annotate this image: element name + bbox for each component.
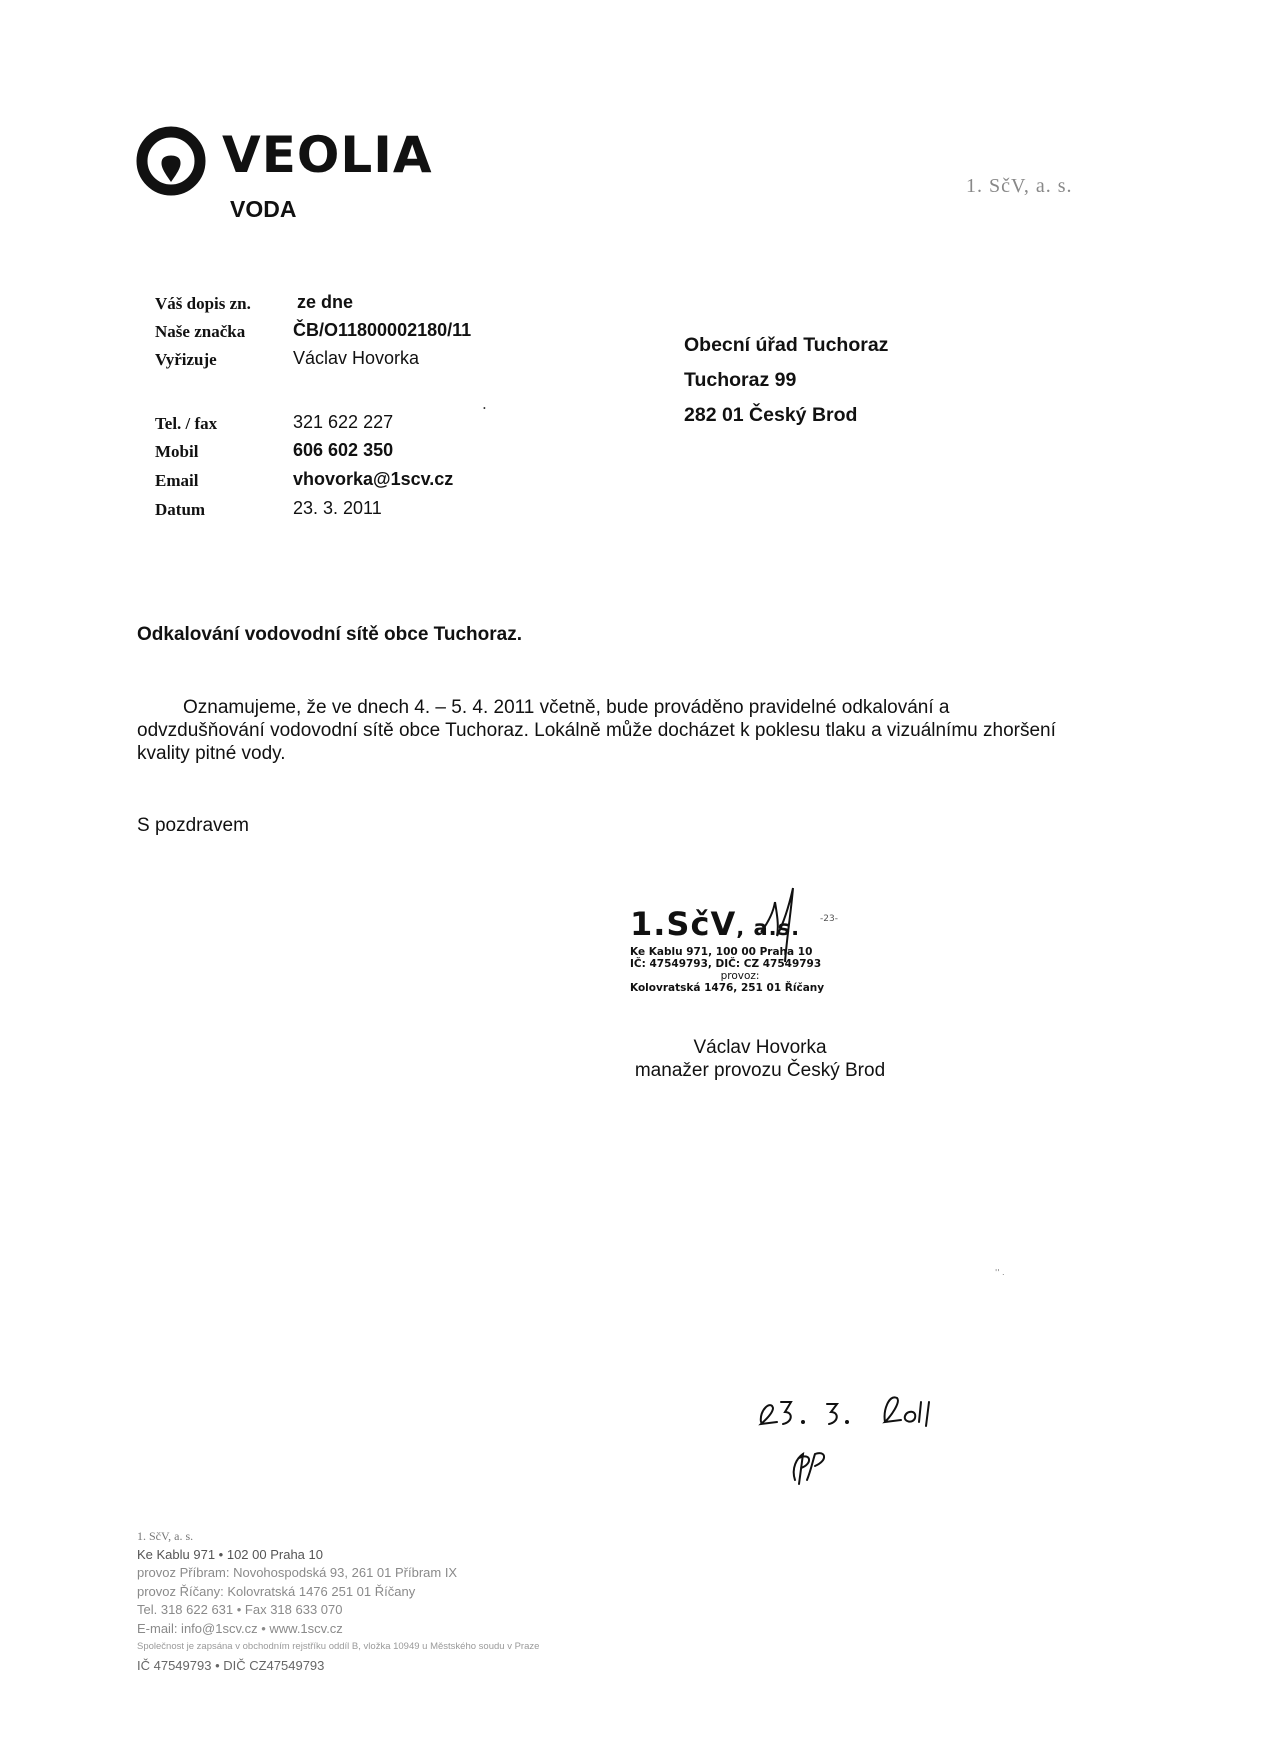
stamp-ids: IČ: 47549793, DIČ: CZ 47549793 [630,958,870,970]
ref-value: Václav Hovorka [293,348,419,369]
footer-ids: IČ 47549793 • DIČ CZ47549793 [137,1657,539,1676]
stamp-title: 1.SčV, a.s. [630,908,870,940]
stamp-provoz-label: provoz: [630,970,850,982]
veolia-logo: VEOLIA VODA [136,126,456,226]
email-link[interactable]: vhovorka@1scv.cz [293,469,453,490]
recipient-street: Tuchoraz 99 [684,363,888,398]
ref-value: 321 622 227 [293,412,393,433]
ref-label: Datum [155,500,205,520]
letter-page: VEOLIA VODA 1. SčV, a. s. Váš dopis zn. … [0,0,1275,1755]
logo-subtitle: VODA [230,198,296,221]
signer-name: Václav Hovorka [610,1036,910,1059]
ref-label: Vyřizuje [155,350,217,370]
footer-tel-fax: Tel. 318 622 631 • Fax 318 633 070 [137,1601,539,1620]
company-short-name: 1. SčV, a. s. [966,175,1073,198]
ref-label: Mobil [155,442,198,462]
ref-label: Tel. / fax [155,414,217,434]
footer-provoz-ricany: provoz Říčany: Kolovratská 1476 251 01 Ř… [137,1583,539,1602]
letter-closing: S pozdravem [137,815,249,837]
signer-block: Václav Hovorka manažer provozu Český Bro… [610,1036,910,1082]
handwritten-date-initials [755,1380,955,1490]
stamp-mark: -23- [820,914,838,924]
recipient-name: Obecní úřad Tuchoraz [684,328,888,363]
footer-email-web[interactable]: E-mail: info@1scv.cz • www.1scv.cz [137,1620,539,1639]
letter-subject: Odkalování vodovodní sítě obce Tuchoraz. [137,624,522,646]
letter-paragraph: Oznamujeme, že ve dnech 4. – 5. 4. 2011 … [137,696,1077,765]
stamp-address: Ke Kablu 971, 100 00 Praha 10 [630,946,870,958]
logo-wordmark: VEOLIA [222,130,433,180]
ref-label: Email [155,471,198,491]
recipient-address: Obecní úřad Tuchoraz Tuchoraz 99 282 01 … [684,328,888,433]
footer-company: 1. SčV, a. s. [137,1527,539,1546]
footer-address: Ke Kablu 971 • 102 00 Praha 10 [137,1546,539,1565]
footer-registration: Společnost je zapsána v obchodním rejstř… [137,1638,539,1657]
scan-speck: '' . [995,1268,1004,1277]
letter-footer: 1. SčV, a. s. Ke Kablu 971 • 102 00 Prah… [137,1527,539,1675]
veolia-drop-logo-icon [136,126,206,196]
ref-value: 606 602 350 [293,440,393,461]
letter-body: Oznamujeme, že ve dnech 4. – 5. 4. 2011 … [137,696,1077,765]
ref-label: Váš dopis zn. [155,294,251,314]
ref-value: ČB/O11800002180/11 [293,320,471,341]
stamp-provoz-address: Kolovratská 1476, 251 01 Říčany [630,982,870,994]
ref-value: ze dne [297,292,353,313]
signer-position: manažer provozu Český Brod [610,1059,910,1082]
footer-provoz-pribram: provoz Příbram: Novohospodská 93, 261 01… [137,1564,539,1583]
scan-speck: • [483,404,486,413]
signature-icon [755,884,815,964]
ref-label: Naše značka [155,322,245,342]
recipient-city: 282 01 Český Brod [684,398,888,433]
ref-value: 23. 3. 2011 [293,498,382,519]
